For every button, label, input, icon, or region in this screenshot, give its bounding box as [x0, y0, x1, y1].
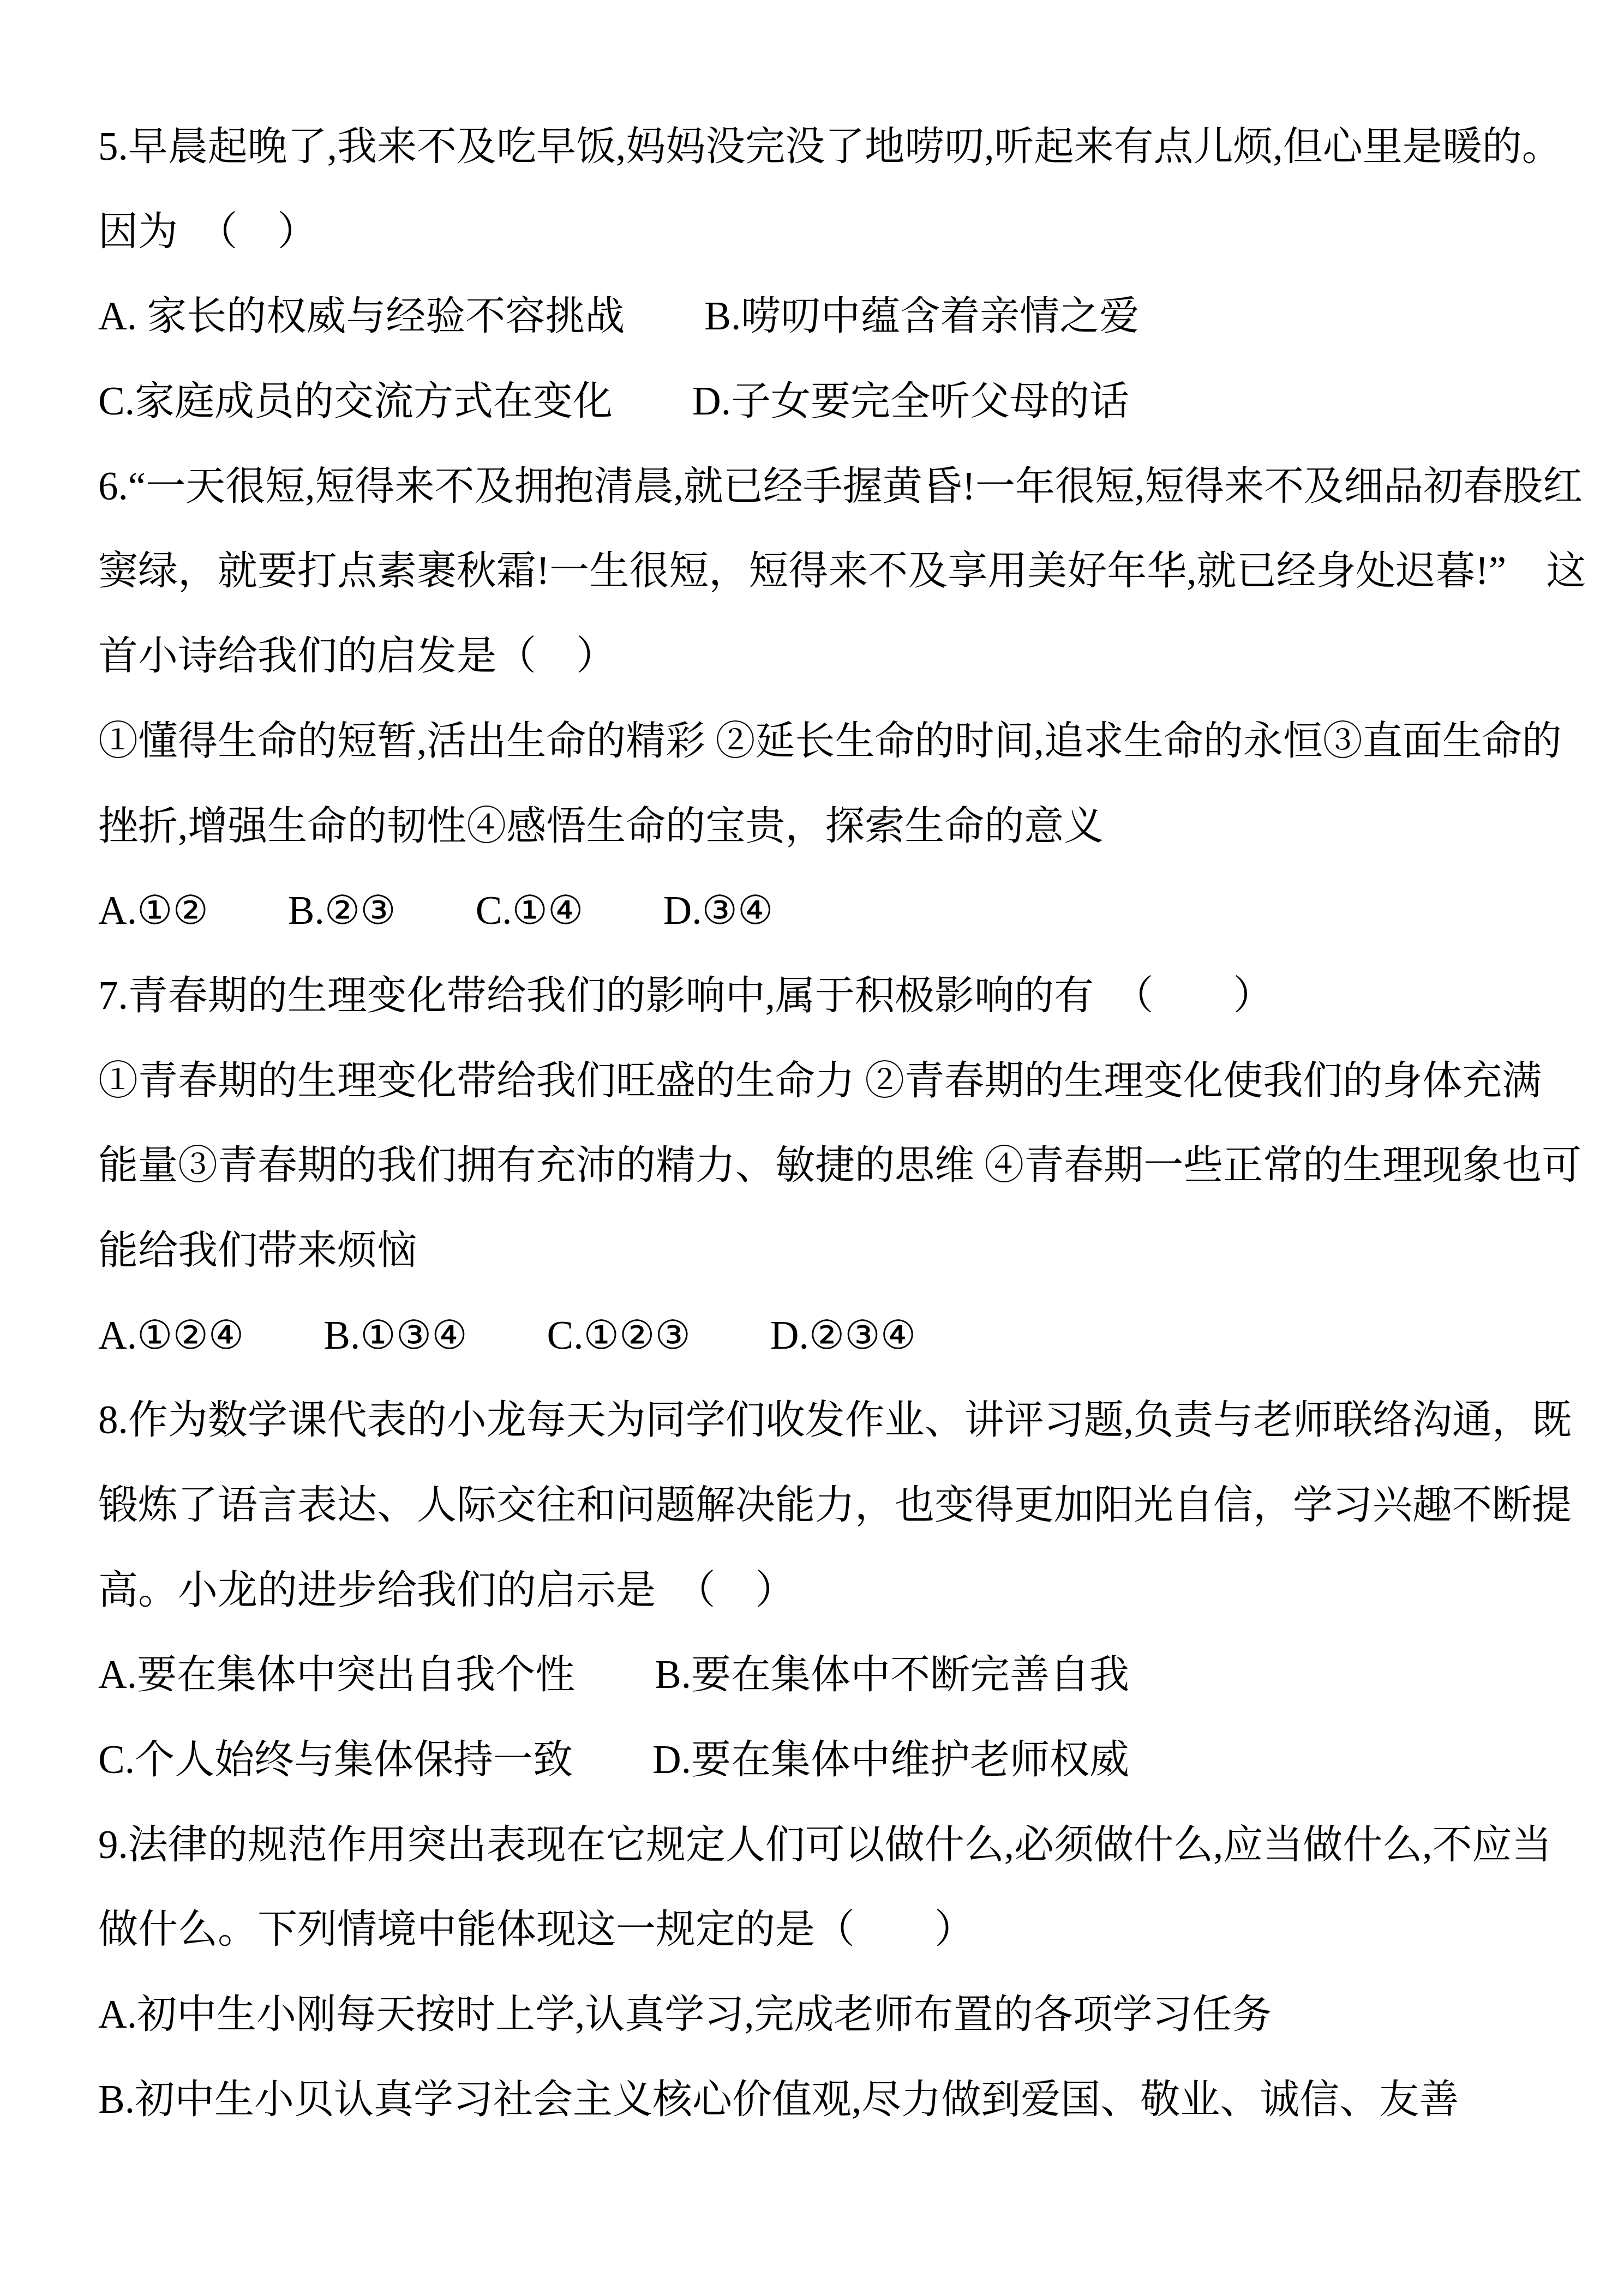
question-5-line: C.家庭成员的交流方式在变化 D.子女要完全听父母的话	[98, 359, 1549, 444]
question-5-line: 5.早晨起晚了,我来不及吃早饭,妈妈没完没了地唠叨,听起来有点儿烦,但心里是暖的…	[98, 104, 1549, 189]
question-6-line: ①懂得生命的短暂,活出生命的精彩 ②延长生命的时间,追求生命的永恒③直面生命的	[98, 699, 1549, 784]
question-6-line: 挫折,增强生命的韧性④感悟生命的宝贵，探索生命的意义	[98, 784, 1549, 869]
question-block-5: 5.早晨起晚了,我来不及吃早饭,妈妈没完没了地唠叨,听起来有点儿烦,但心里是暖的…	[98, 104, 1549, 444]
exam-page: 5.早晨起晚了,我来不及吃早饭,妈妈没完没了地唠叨,听起来有点儿烦,但心里是暖的…	[0, 0, 1624, 2296]
question-7-line: ①青春期的生理变化带给我们旺盛的生命力 ②青春期的生理变化使我们的身体充满	[98, 1038, 1549, 1123]
question-8-line: C.个人始终与集体保持一致 D.要在集体中维护老师权威	[98, 1717, 1549, 1802]
question-7-line: A.①②④ B.①③④ C.①②③ D.②③④	[98, 1293, 1549, 1378]
question-list: 5.早晨起晚了,我来不及吃早饭,妈妈没完没了地唠叨,听起来有点儿烦,但心里是暖的…	[98, 104, 1549, 2142]
question-6-line: 6.“一天很短,短得来不及拥抱清晨,就已经手握黄昏!一年很短,短得来不及细品初春…	[98, 444, 1549, 529]
question-6-line: 窦绿，就要打点素裹秋霜!一生很短，短得来不及享用美好年华,就已经身处迟暮!” 这	[98, 528, 1549, 614]
question-8-line: 锻炼了语言表达、人际交往和问题解决能力，也变得更加阳光自信，学习兴趣不断提	[98, 1463, 1549, 1548]
question-7-line: 能量③青春期的我们拥有充沛的精力、敏捷的思维 ④青春期一些正常的生理现象也可	[98, 1123, 1549, 1208]
question-block-9: 9.法律的规范作用突出表现在它规定人们可以做什么,必须做什么,应当做什么,不应当…	[98, 1802, 1549, 2142]
question-9-line: A.初中生小刚每天按时上学,认真学习,完成老师布置的各项学习任务	[98, 1972, 1549, 2057]
question-7-line: 能给我们带来烦恼	[98, 1208, 1549, 1293]
question-9-line: 9.法律的规范作用突出表现在它规定人们可以做什么,必须做什么,应当做什么,不应当	[98, 1802, 1549, 1888]
question-8-line: A.要在集体中突出自我个性 B.要在集体中不断完善自我	[98, 1632, 1549, 1717]
question-block-7: 7.青春期的生理变化带给我们的影响中,属于积极影响的有 （ ）①青春期的生理变化…	[98, 953, 1549, 1378]
question-6-line: A.①② B.②③ C.①④ D.③④	[98, 868, 1549, 953]
question-block-8: 8.作为数学课代表的小龙每天为同学们收发作业、讲评习题,负责与老师联络沟通，既锻…	[98, 1378, 1549, 1802]
question-5-line: A. 家长的权威与经验不容挑战 B.唠叨中蕴含着亲情之爱	[98, 274, 1549, 359]
question-5-line: 因为 （ ）	[98, 189, 1549, 274]
question-8-line: 高。小龙的进步给我们的启示是 （ ）	[98, 1548, 1549, 1633]
question-9-line: B.初中生小贝认真学习社会主义核心价值观,尽力做到爱国、敬业、诚信、友善	[98, 2057, 1549, 2142]
question-7-line: 7.青春期的生理变化带给我们的影响中,属于积极影响的有 （ ）	[98, 953, 1549, 1038]
question-6-line: 首小诗给我们的启发是（ ）	[98, 614, 1549, 699]
question-8-line: 8.作为数学课代表的小龙每天为同学们收发作业、讲评习题,负责与老师联络沟通，既	[98, 1378, 1549, 1463]
question-9-line: 做什么。下列情境中能体现这一规定的是（ ）	[98, 1887, 1549, 1972]
question-block-6: 6.“一天很短,短得来不及拥抱清晨,就已经手握黄昏!一年很短,短得来不及细品初春…	[98, 444, 1549, 953]
